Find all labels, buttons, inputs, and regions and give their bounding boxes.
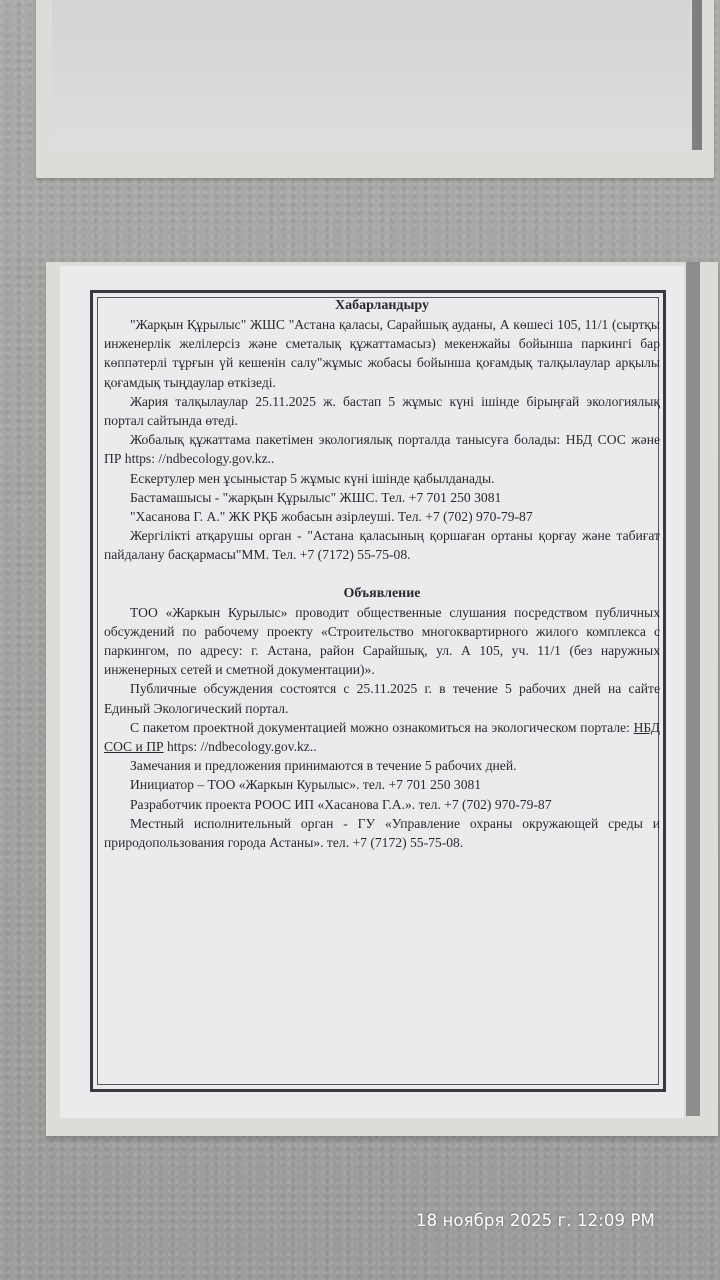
portal-suffix: https: //ndbecology.gov.kz.. xyxy=(164,739,317,754)
upper-frame-edge xyxy=(692,0,702,150)
notice-kazakh: Хабарландыру "Жарқын Құрылыс" ЖШС "Астан… xyxy=(104,296,660,565)
portal-prefix: С пакетом проектной документацией можно … xyxy=(130,720,634,735)
frame-shadow xyxy=(686,262,700,1116)
notice-kz-paragraph: "Жарқын Құрылыс" ЖШС "Астана қаласы, Сар… xyxy=(104,315,660,392)
notice-ru-paragraph: ТОО «Жаркын Курылыс» проводит общественн… xyxy=(104,603,660,680)
notice-ru-authority: Местный исполнительный орган - ГУ «Управ… xyxy=(104,814,660,852)
notice-kz-title: Хабарландыру xyxy=(104,296,660,315)
section-gap xyxy=(104,565,660,584)
notice-russian: Объявление ТОО «Жаркын Курылыс» проводит… xyxy=(104,584,660,853)
notice-kz-paragraph: Бастамашысы - "жарқын Құрылыс" ЖШС. Тел.… xyxy=(104,488,660,507)
notice-content: Хабарландыру "Жарқын Құрылыс" ЖШС "Астан… xyxy=(104,296,660,852)
notice-paper: Хабарландыру "Жарқын Құрылыс" ЖШС "Астан… xyxy=(60,266,684,1118)
notice-ru-line: Замечания и предложения принимаются в те… xyxy=(104,756,660,775)
notice-kz-paragraph: "Хасанова Г. А." ЖК РҚБ жобасын әзірлеуш… xyxy=(104,507,660,526)
notice-ru-line: Разработчик проекта РООС ИП «Хасанова Г.… xyxy=(104,795,660,814)
upper-notice-frame xyxy=(36,0,714,178)
photo-timestamp: 18 ноября 2025 г. 12:09 PM xyxy=(416,1211,655,1230)
upper-notice-sheet xyxy=(52,0,690,150)
notice-frame: Хабарландыру "Жарқын Құрылыс" ЖШС "Астан… xyxy=(46,262,718,1136)
notice-ru-title: Объявление xyxy=(104,584,660,603)
notice-ru-line: Инициатор – ТОО «Жаркын Курылыс». тел. +… xyxy=(104,775,660,794)
notice-ru-portal: С пакетом проектной документацией можно … xyxy=(104,718,660,756)
notice-kz-paragraph: Жария талқылаулар 25.11.2025 ж. бастап 5… xyxy=(104,392,660,430)
notice-kz-paragraph: Жобалық құжаттама пакетімен экологиялық … xyxy=(104,430,660,468)
notice-ru-paragraph: Публичные обсуждения состоятся с 25.11.2… xyxy=(104,679,660,717)
notice-kz-paragraph: Ескертулер мен ұсыныстар 5 жұмыс күні іш… xyxy=(104,469,660,488)
notice-kz-paragraph: Жергілікті атқарушы орган - "Астана қала… xyxy=(104,526,660,564)
